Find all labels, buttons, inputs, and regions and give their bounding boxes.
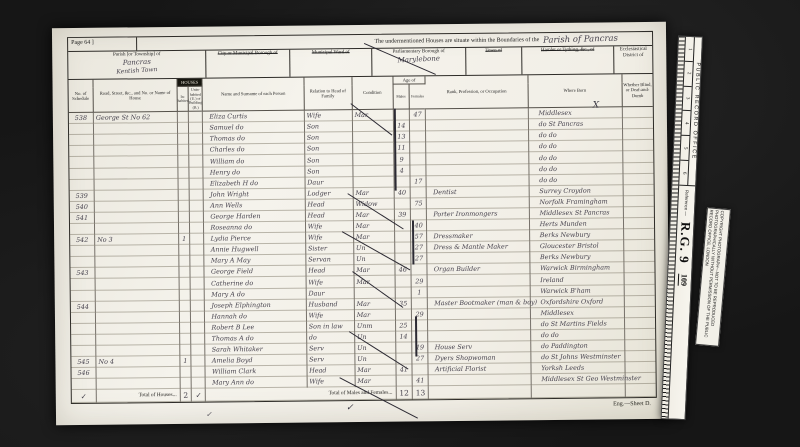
cell-rel: Son <box>304 143 352 155</box>
cell-cond: Mar <box>354 265 395 277</box>
cell-af: 29 <box>411 275 427 286</box>
cell-bl <box>622 118 653 129</box>
cell-bl <box>622 140 653 151</box>
cell-af: 41 <box>412 375 428 386</box>
cell-rel: do <box>306 332 354 344</box>
cell-bl <box>624 317 655 328</box>
total-houses-value: 2 <box>180 389 191 402</box>
cell-s: 542 <box>70 234 95 245</box>
cell-bl <box>625 351 656 362</box>
cell-rd <box>94 145 178 157</box>
cell-i <box>178 145 189 156</box>
cell-u <box>190 278 204 289</box>
cell-rel: Head <box>306 265 354 277</box>
cell-i: 1 <box>178 233 189 244</box>
cell-u <box>191 377 205 388</box>
cell-af: 19 <box>412 342 428 353</box>
cell-am: 39 <box>394 209 410 220</box>
cell-rd <box>94 211 178 223</box>
cell-cond: Mar <box>355 375 396 387</box>
cell-i <box>179 267 190 278</box>
cell-rel: Head <box>305 198 353 210</box>
cell-bl <box>623 217 654 228</box>
copyright-text: COPYRIGHT PHOTOGRAPH—NOT TO BE REPRODUCE… <box>697 209 725 344</box>
cell-bl <box>623 173 654 184</box>
cell-rd <box>94 134 178 146</box>
cell-am <box>394 242 410 253</box>
cell-rd <box>95 222 179 234</box>
cell-u <box>189 145 203 156</box>
cell-i <box>179 322 190 333</box>
cell-rel: Servan <box>306 254 354 266</box>
ruler-number: 1 <box>685 37 694 62</box>
town-box: Town of <box>466 47 522 75</box>
cell-am: 46 <box>395 264 411 275</box>
col-occupation: Rank, Profession, or Occupation <box>425 75 528 109</box>
total-males-females-label: Total of Males and Females... <box>206 387 396 402</box>
cell-am <box>395 309 411 320</box>
cell-i <box>178 178 189 189</box>
cell-af: 27 <box>412 353 428 364</box>
cell-cond: Mar <box>354 309 395 321</box>
cell-rd <box>95 267 179 279</box>
cell-rel: Son <box>305 165 353 177</box>
cell-s <box>70 245 95 256</box>
cell-am: 25 <box>395 320 411 331</box>
cell-u <box>188 111 202 122</box>
cell-af <box>410 131 426 142</box>
cell-i <box>178 211 189 222</box>
cell-am <box>395 275 411 286</box>
cell-s <box>71 290 96 301</box>
cell-am <box>394 253 410 264</box>
cell-rel: Son <box>304 154 352 166</box>
cell-s <box>69 123 94 134</box>
cell-u <box>190 244 204 255</box>
cell-af <box>411 264 427 275</box>
totals-empty-occ <box>429 385 531 399</box>
cell-rel: Daur <box>306 287 354 299</box>
total-males-value: 12 <box>396 386 412 399</box>
cell-u <box>189 122 203 133</box>
cell-i <box>180 344 191 355</box>
cell-cond: Mar <box>353 220 394 232</box>
cell-rel: Husband <box>306 298 354 310</box>
cell-af <box>412 320 428 331</box>
cell-rd <box>96 333 180 345</box>
cell-rd <box>96 322 180 334</box>
cell-u <box>190 289 204 300</box>
cell-af <box>410 142 426 153</box>
col-uninhabited: Unin-habited (U.) or Building (B.) <box>188 86 203 111</box>
cell-s <box>70 257 95 268</box>
cell-rel: Son in law <box>306 320 354 332</box>
municipal-ward-label: Municipal Ward of <box>312 50 350 55</box>
cell-s <box>71 312 96 323</box>
cell-i <box>179 289 190 300</box>
cell-rel: Head <box>305 210 353 222</box>
cell-af <box>410 153 426 164</box>
totals-check-left: ✓ <box>72 390 97 403</box>
cell-s <box>71 279 96 290</box>
totals-check-mid: ✓ <box>191 389 205 402</box>
reference-label: Reference — <box>683 190 689 216</box>
cell-am <box>395 287 411 298</box>
ruler-number: 4 <box>681 111 690 136</box>
cell-rel: Son <box>304 121 352 133</box>
cell-af: 17 <box>410 175 426 186</box>
cell-u <box>189 189 203 200</box>
cell-u <box>190 300 204 311</box>
cell-rel: Wife <box>307 376 355 388</box>
cell-af <box>412 364 428 375</box>
cell-rd <box>94 189 178 201</box>
cell-cond: Un <box>355 353 396 365</box>
copyright-label: COPYRIGHT PHOTOGRAPH—NOT TO BE REPRODUCE… <box>695 207 731 347</box>
col-blind: Whether Blind, or Deaf-and-Dumb <box>622 74 653 107</box>
cell-i <box>177 134 188 145</box>
cell-cond: Unm <box>354 320 395 332</box>
cell-bl <box>624 284 655 295</box>
cell-rel: Serv <box>306 343 354 355</box>
census-sheet-frame: Page 64 ] The undermentioned Houses are … <box>67 31 657 405</box>
cell-bl <box>623 184 654 195</box>
cell-am: 13 <box>393 131 409 142</box>
municipal-ward-box: Municipal Ward of <box>290 49 372 77</box>
cell-u <box>191 333 205 344</box>
hamlet-label: Hamlet or Tything, &c., of <box>541 48 594 54</box>
piece-reference: 109 <box>677 273 689 285</box>
cell-bl <box>624 251 655 262</box>
cell-bl <box>622 151 653 162</box>
cell-bl <box>624 306 655 317</box>
cell-am: 40 <box>394 187 410 198</box>
cell-s: 543 <box>70 268 95 279</box>
cell-cond: Mar <box>353 187 394 199</box>
cell-cond: Widow <box>353 198 394 210</box>
cell-s: 545 <box>71 356 96 367</box>
cell-rd: George St No 62 <box>93 111 177 123</box>
col-road: Road, Street, &c., and No. or Name of Ho… <box>93 79 177 112</box>
cell-cond <box>353 154 394 166</box>
totals-empty-born <box>531 384 625 398</box>
cell-rel: Head <box>307 365 355 377</box>
cell-i <box>179 311 190 322</box>
boundary-handwritten-value: Parish of Pancras <box>543 33 618 45</box>
cell-af: 40 <box>410 220 426 231</box>
cell-am <box>396 353 412 364</box>
cell-am <box>394 220 410 231</box>
cell-i <box>180 367 191 378</box>
cell-cond: Mar <box>354 298 395 310</box>
cell-u <box>191 366 205 377</box>
cell-af: 75 <box>410 198 426 209</box>
col-relation: Relation to Head of Family <box>304 77 352 110</box>
cell-i <box>178 167 189 178</box>
parish-box: Parish [or Township] of Pancras Kentish … <box>68 51 206 79</box>
cell-u <box>191 344 205 355</box>
cell-s: 540 <box>70 201 95 212</box>
cell-rd <box>95 289 179 301</box>
cell-bl <box>624 273 655 284</box>
cell-bl <box>625 362 656 373</box>
cell-i: 1 <box>180 355 191 366</box>
cell-af <box>412 331 428 342</box>
cell-s <box>72 379 97 390</box>
cell-rd <box>94 178 178 190</box>
ecclesiastical-district-box: Ecclesiastical District of <box>614 46 652 73</box>
hamlet-box: Hamlet or Tything, &c., of <box>522 46 614 74</box>
cell-s <box>69 135 94 146</box>
cell-u <box>190 222 204 233</box>
cell-am: 4 <box>394 165 410 176</box>
cell-rel: Son <box>304 132 352 144</box>
cell-cond <box>354 287 395 299</box>
cell-cond: Mar <box>354 276 395 288</box>
cell-i <box>178 222 189 233</box>
cell-af <box>409 120 425 131</box>
cell-s <box>71 345 96 356</box>
cell-rd: No 4 <box>96 356 180 368</box>
cell-cond <box>352 143 393 155</box>
cell-cond: Mar <box>355 364 396 376</box>
cell-rd <box>94 156 178 168</box>
cell-cond: Un <box>354 342 395 354</box>
boundary-printed-text: The undermentioned Houses are situate wi… <box>374 37 539 45</box>
cell-cond: Un <box>354 331 395 343</box>
cell-af: 47 <box>409 109 425 120</box>
city-borough-box: City or Municipal Borough of <box>206 50 290 78</box>
cell-cond: Mar <box>353 209 394 221</box>
cell-bl <box>623 229 654 240</box>
cell-s: 546 <box>71 368 96 379</box>
cell-am <box>394 231 410 242</box>
ruler-number: 3 <box>683 86 692 111</box>
census-table: No. of Schedule Road, Street, &c., and N… <box>68 74 655 404</box>
cell-rel: Wife <box>306 309 354 321</box>
cell-cond: Un <box>354 253 395 265</box>
cell-af: 29 <box>411 309 427 320</box>
cell-am: 9 <box>393 153 409 164</box>
cell-bl <box>624 262 655 273</box>
cell-u <box>191 355 205 366</box>
census-rows: 538George St No 62Eliza CurtisWifeMar47M… <box>69 107 656 390</box>
cell-bl <box>623 240 654 251</box>
cell-rd <box>95 278 179 290</box>
cell-bl <box>623 162 654 173</box>
cell-s <box>70 223 95 234</box>
cell-rel: Serv <box>307 354 355 366</box>
cell-cond <box>353 165 394 177</box>
col-born: Where Born <box>528 74 622 108</box>
cell-rel: Wife <box>304 110 352 122</box>
cell-af: 1 <box>411 286 427 297</box>
cell-u <box>191 311 205 322</box>
cell-i <box>178 189 189 200</box>
cell-af: 27 <box>411 242 427 253</box>
city-borough-label: City or Municipal Borough of <box>218 51 278 57</box>
cell-i <box>177 111 188 122</box>
cell-af <box>411 297 427 308</box>
cell-u <box>189 200 203 211</box>
total-houses-label: Total of Houses... <box>96 389 180 403</box>
cell-cond <box>352 120 393 132</box>
cell-bl <box>624 339 655 350</box>
ruler-number: 2 <box>684 62 693 87</box>
cell-s: 541 <box>70 212 95 223</box>
parliamentary-borough-value: Marylebone <box>374 54 463 67</box>
cell-u <box>190 255 204 266</box>
cell-rel: Wife <box>305 221 353 233</box>
cell-bl <box>623 206 654 217</box>
cell-u <box>190 233 204 244</box>
cell-i <box>179 244 190 255</box>
cell-u <box>189 156 203 167</box>
ecclesiastical-district-label: Ecclesiastical District of <box>620 47 647 58</box>
cell-u <box>190 267 204 278</box>
cell-am <box>393 109 409 120</box>
col-males: Males <box>393 84 410 109</box>
series-reference: R.G. 9 <box>676 221 694 263</box>
cell-i <box>179 256 190 267</box>
cell-i <box>179 300 190 311</box>
cell-rd <box>94 167 178 179</box>
cell-i <box>177 122 188 133</box>
cell-am: 11 <box>393 142 409 153</box>
cell-rd <box>96 378 180 390</box>
col-condition: Condition <box>352 77 393 110</box>
cell-af: 57 <box>411 231 427 242</box>
cell-s <box>71 334 96 345</box>
cell-i <box>180 333 191 344</box>
cell-af <box>410 164 426 175</box>
cell-cond <box>352 131 393 143</box>
cell-bl <box>623 195 654 206</box>
cell-am: 14 <box>395 331 411 342</box>
cell-am: 35 <box>395 298 411 309</box>
cell-u <box>191 322 205 333</box>
cell-rd <box>95 245 179 257</box>
cell-s <box>71 323 96 334</box>
cell-rel: Lodger <box>305 187 353 199</box>
census-sheet: Page 64 ] The undermentioned Houses are … <box>52 22 670 425</box>
cell-u <box>189 178 203 189</box>
cell-bl <box>622 129 653 140</box>
photographed-census-scan: Page 64 ] The undermentioned Houses are … <box>0 0 800 447</box>
cell-rd <box>95 256 179 268</box>
cell-cond <box>353 176 394 188</box>
parliamentary-borough-box: Parliamentary Borough of Marylebone <box>372 48 466 76</box>
cell-rd <box>94 200 178 212</box>
page-number-label: Page 64 ] <box>68 37 137 51</box>
cell-af: 27 <box>411 253 427 264</box>
cell-i <box>180 378 191 389</box>
cell-rd <box>95 300 179 312</box>
cell-af <box>410 187 426 198</box>
cell-rel: Daur <box>305 176 353 188</box>
cell-rd <box>96 344 180 356</box>
cell-am <box>396 375 412 386</box>
cell-am: 14 <box>393 120 409 131</box>
cell-s: 544 <box>71 301 96 312</box>
cell-i <box>178 156 189 167</box>
cell-s <box>69 146 94 157</box>
cell-af <box>410 209 426 220</box>
col-inhabited: In-habited <box>177 87 188 112</box>
cell-am <box>394 198 410 209</box>
cell-u <box>189 211 203 222</box>
town-label: Town of <box>485 49 502 54</box>
cell-rel: Wife <box>306 276 354 288</box>
cell-bl <box>624 328 655 339</box>
cell-am <box>395 342 411 353</box>
cell-bl <box>624 295 655 306</box>
cell-am <box>394 176 410 187</box>
cell-cond: Un <box>353 242 394 254</box>
cell-rel: Sister <box>305 243 353 255</box>
total-females-value: 13 <box>412 386 429 399</box>
totals-empty-blind <box>625 384 656 397</box>
col-females: Females <box>409 84 426 109</box>
cell-s: 538 <box>69 112 94 123</box>
cell-rd <box>95 311 179 323</box>
ruler-number: 6 <box>679 161 688 185</box>
cell-s: 539 <box>70 190 95 201</box>
cell-rd <box>96 367 180 379</box>
col-name: Name and Surname of each Person <box>202 78 304 112</box>
cell-u <box>189 167 203 178</box>
cell-i <box>179 278 190 289</box>
cell-cond: Mar <box>352 109 393 121</box>
cell-rel: Wife <box>305 232 353 244</box>
cell-i <box>178 200 189 211</box>
cell-u <box>189 133 203 144</box>
cell-s <box>70 179 95 190</box>
cell-bl <box>622 107 653 118</box>
col-schedule: No. of Schedule <box>68 80 93 113</box>
cell-am: 41 <box>396 364 412 375</box>
ruler-number: 5 <box>680 136 689 161</box>
cell-s <box>69 157 94 168</box>
cell-rd <box>93 123 177 135</box>
cell-s <box>69 168 94 179</box>
cell-cond: Mar <box>353 231 394 243</box>
cell-rd: No 3 <box>95 234 179 246</box>
